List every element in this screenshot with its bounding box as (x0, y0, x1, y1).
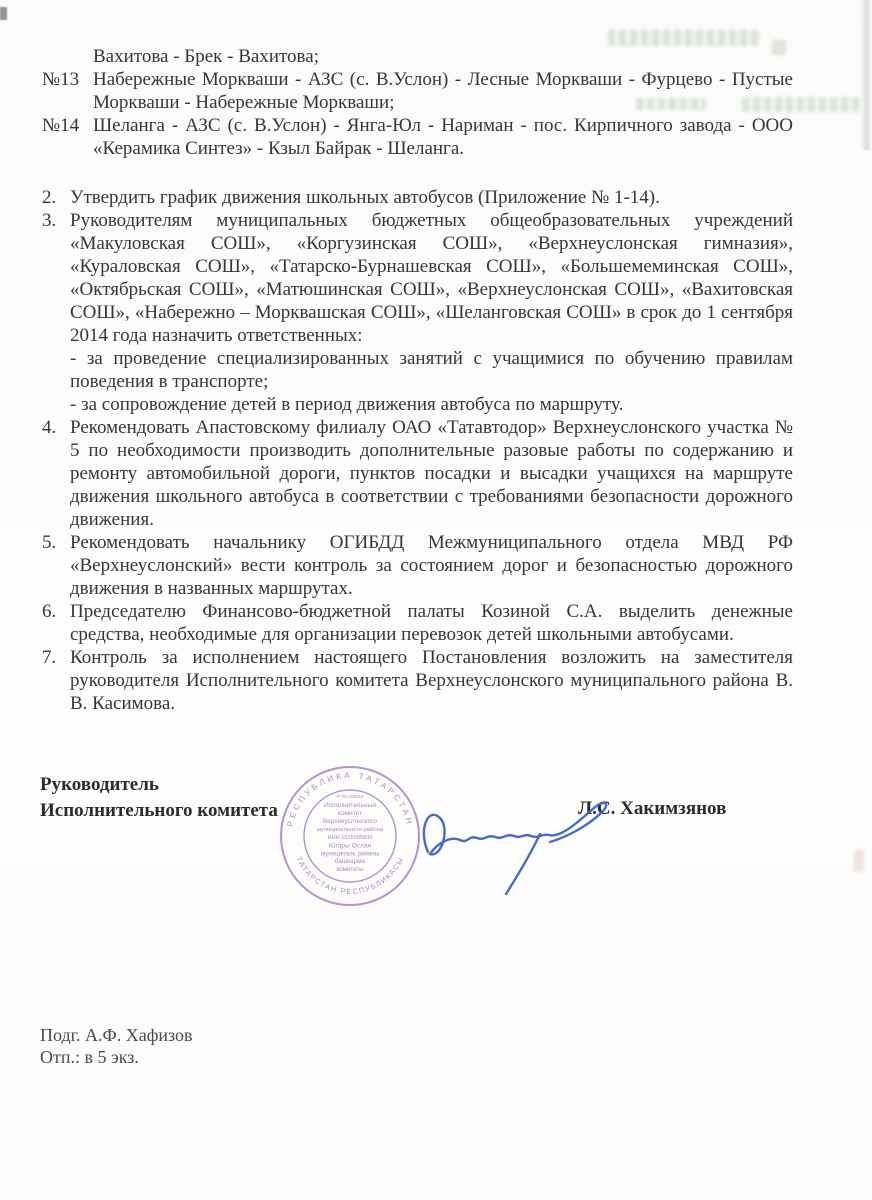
item-number: 7. (42, 646, 56, 669)
item-number: 4. (42, 416, 56, 439)
stamp-line: Исполнительный (324, 801, 376, 809)
route-item-13: №13 Набережные Моркваши - АЗС (с. В.Усло… (40, 68, 793, 114)
item-6: 6. Председателю Финансово-бюджетной пала… (40, 600, 793, 646)
route-text: Набережные Моркваши - АЗС (с. В.Услон) -… (93, 68, 793, 114)
item-text: Руководителям муниципальных бюджетных об… (70, 209, 793, 347)
stamp-line: ИНН 1615005830 (328, 835, 373, 841)
route-item-14: №14 Шеланга - АЗС (с. В.Услон) - Янга-Юл… (40, 114, 793, 160)
item-text: Рекомендовать начальнику ОГИБДД Межмуниц… (70, 531, 793, 600)
scanned-document-page: Вахитова - Брек - Вахитова; №13 Набережн… (0, 0, 872, 1200)
stamp-line: башкарма (335, 857, 366, 865)
stamp-line: Югары Ослан (329, 843, 372, 850)
route-continuation-line: Вахитова - Брек - Вахитова; (40, 45, 793, 68)
item-4: 4. Рекомендовать Апастовскому филиалу ОА… (40, 416, 793, 531)
item-subtext: - за проведение специализированных занят… (70, 347, 793, 393)
stamp-line: Р 06-155/02 (337, 794, 363, 800)
handwritten-signature (398, 780, 638, 905)
stamp-line: Верхнеуслонского (323, 818, 378, 825)
route-list: Вахитова - Брек - Вахитова; №13 Набережн… (40, 45, 793, 160)
stamp-line: муниципаль районы (321, 851, 380, 858)
stamp-line: муниципального района (317, 826, 384, 833)
scan-edge-smudge (854, 850, 864, 872)
item-5: 5. Рекомендовать начальнику ОГИБДД Межму… (40, 531, 793, 600)
item-text: Контроль за исполнением настоящего Поста… (70, 646, 793, 715)
signature-slash-stroke (506, 834, 540, 894)
item-2: 2. Утвердить график движения школьных ав… (40, 186, 793, 209)
item-number: 5. (42, 531, 56, 554)
item-text: Рекомендовать Апастовскому филиалу ОАО «… (70, 416, 793, 531)
route-text: Шеланга - АЗС (с. В.Услон) - Янга-Юл - Н… (93, 114, 793, 160)
item-number: 3. (42, 209, 56, 232)
item-3: 3. Руководителям муниципальных бюджетных… (40, 209, 793, 416)
resolution-items: 2. Утвердить график движения школьных ав… (40, 186, 793, 715)
item-subtext: - за сопровождение детей в период движен… (70, 393, 793, 416)
footer-notes: Подг. А.Ф. Хафизов Отп.: в 5 экз. (40, 1024, 793, 1068)
copies-note: Отп.: в 5 экз. (40, 1046, 793, 1068)
item-7: 7. Контроль за исполнением настоящего По… (40, 646, 793, 715)
route-number: №14 (42, 114, 79, 137)
stamp-line: комитеты (336, 866, 364, 873)
item-text: Председателю Финансово-бюджетной палаты … (70, 600, 793, 646)
document-content: Вахитова - Брек - Вахитова; №13 Набережн… (0, 0, 872, 1068)
item-number: 2. (42, 186, 56, 209)
route-number: №13 (42, 68, 79, 91)
prepared-by-note: Подг. А.Ф. Хафизов (40, 1024, 793, 1046)
stamp-line: комитет (338, 810, 362, 817)
signature-main-stroke (424, 803, 606, 854)
item-number: 6. (42, 600, 56, 623)
scan-speck (0, 7, 7, 20)
item-text: Утвердить график движения школьных автоб… (70, 186, 793, 209)
scan-edge-shadow (860, 0, 872, 150)
